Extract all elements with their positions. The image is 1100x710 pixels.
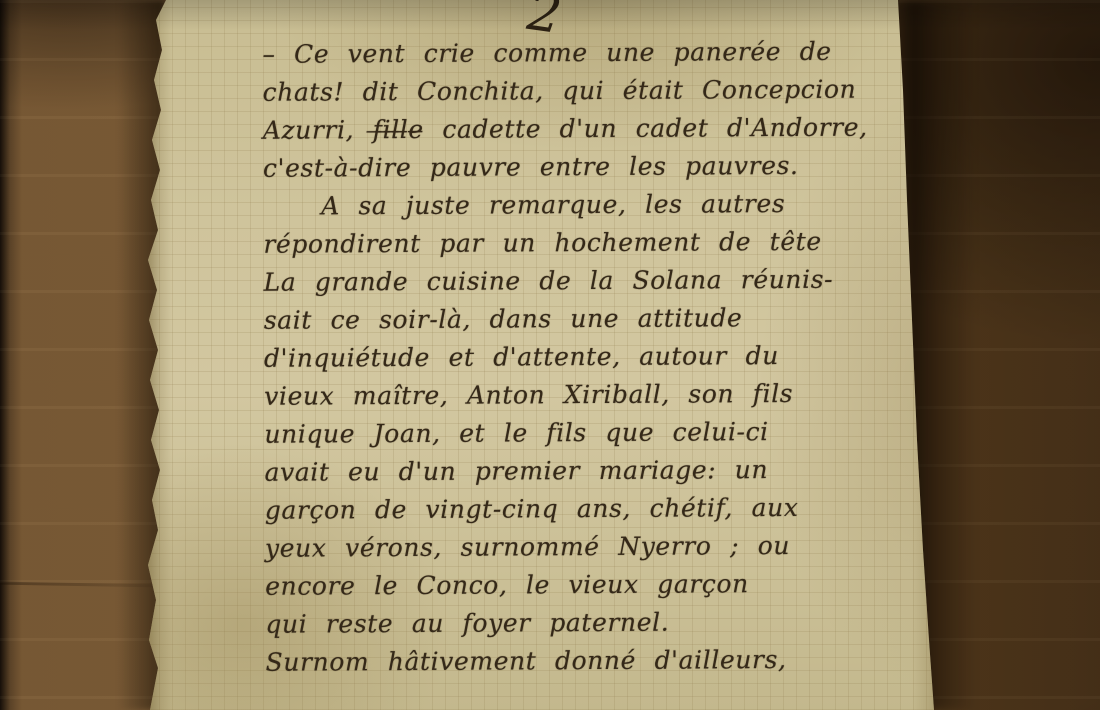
- manuscript-line: garçon de vingt-cinq ans, chétif, aux: [265, 488, 929, 529]
- manuscript-page: 2 – Ce vent crie comme une panerée de ch…: [146, 0, 946, 710]
- manuscript-line: encore le Conco, le vieux garçon: [265, 564, 929, 605]
- manuscript-line: unique Joan, et le fils que celui-ci: [264, 412, 928, 453]
- manuscript-line: vieux maître, Anton Xiriball, son fils: [264, 374, 928, 415]
- manuscript-line: avait eu d'un premier mariage: un: [265, 450, 929, 491]
- manuscript-line: – Ce vent crie comme une panerée de: [262, 32, 926, 73]
- manuscript-line: c'est-à-dire pauvre entre les pauvres.: [263, 146, 927, 187]
- manuscript-line: Surnom hâtivement donné d'ailleurs,: [265, 640, 929, 681]
- manuscript-line: La grande cuisine de la Solana réunis-: [264, 260, 928, 301]
- manuscript-line: répondirent par un hochement de tête: [263, 222, 927, 263]
- manuscript-line: sait ce soir-là, dans une attitude: [264, 298, 928, 339]
- manuscript-line: d'inquiétude et d'attente, autour du: [264, 336, 928, 377]
- handwritten-text: – Ce vent crie comme une panerée de chat…: [262, 32, 929, 681]
- manuscript-line: Azurri, f̶i̶l̶l̶e̶ cadette d'un cadet d'…: [263, 108, 927, 149]
- manuscript-line: yeux vérons, surnommé Nyerro ; ou: [265, 526, 929, 567]
- manuscript-line: chats! dit Conchita, qui était Concepcio…: [263, 70, 927, 111]
- manuscript-line: qui reste au foyer paternel.: [265, 602, 929, 643]
- manuscript-line: A sa juste remarque, les autres: [263, 184, 927, 225]
- manuscript-photo: 2 – Ce vent crie comme une panerée de ch…: [0, 0, 1100, 710]
